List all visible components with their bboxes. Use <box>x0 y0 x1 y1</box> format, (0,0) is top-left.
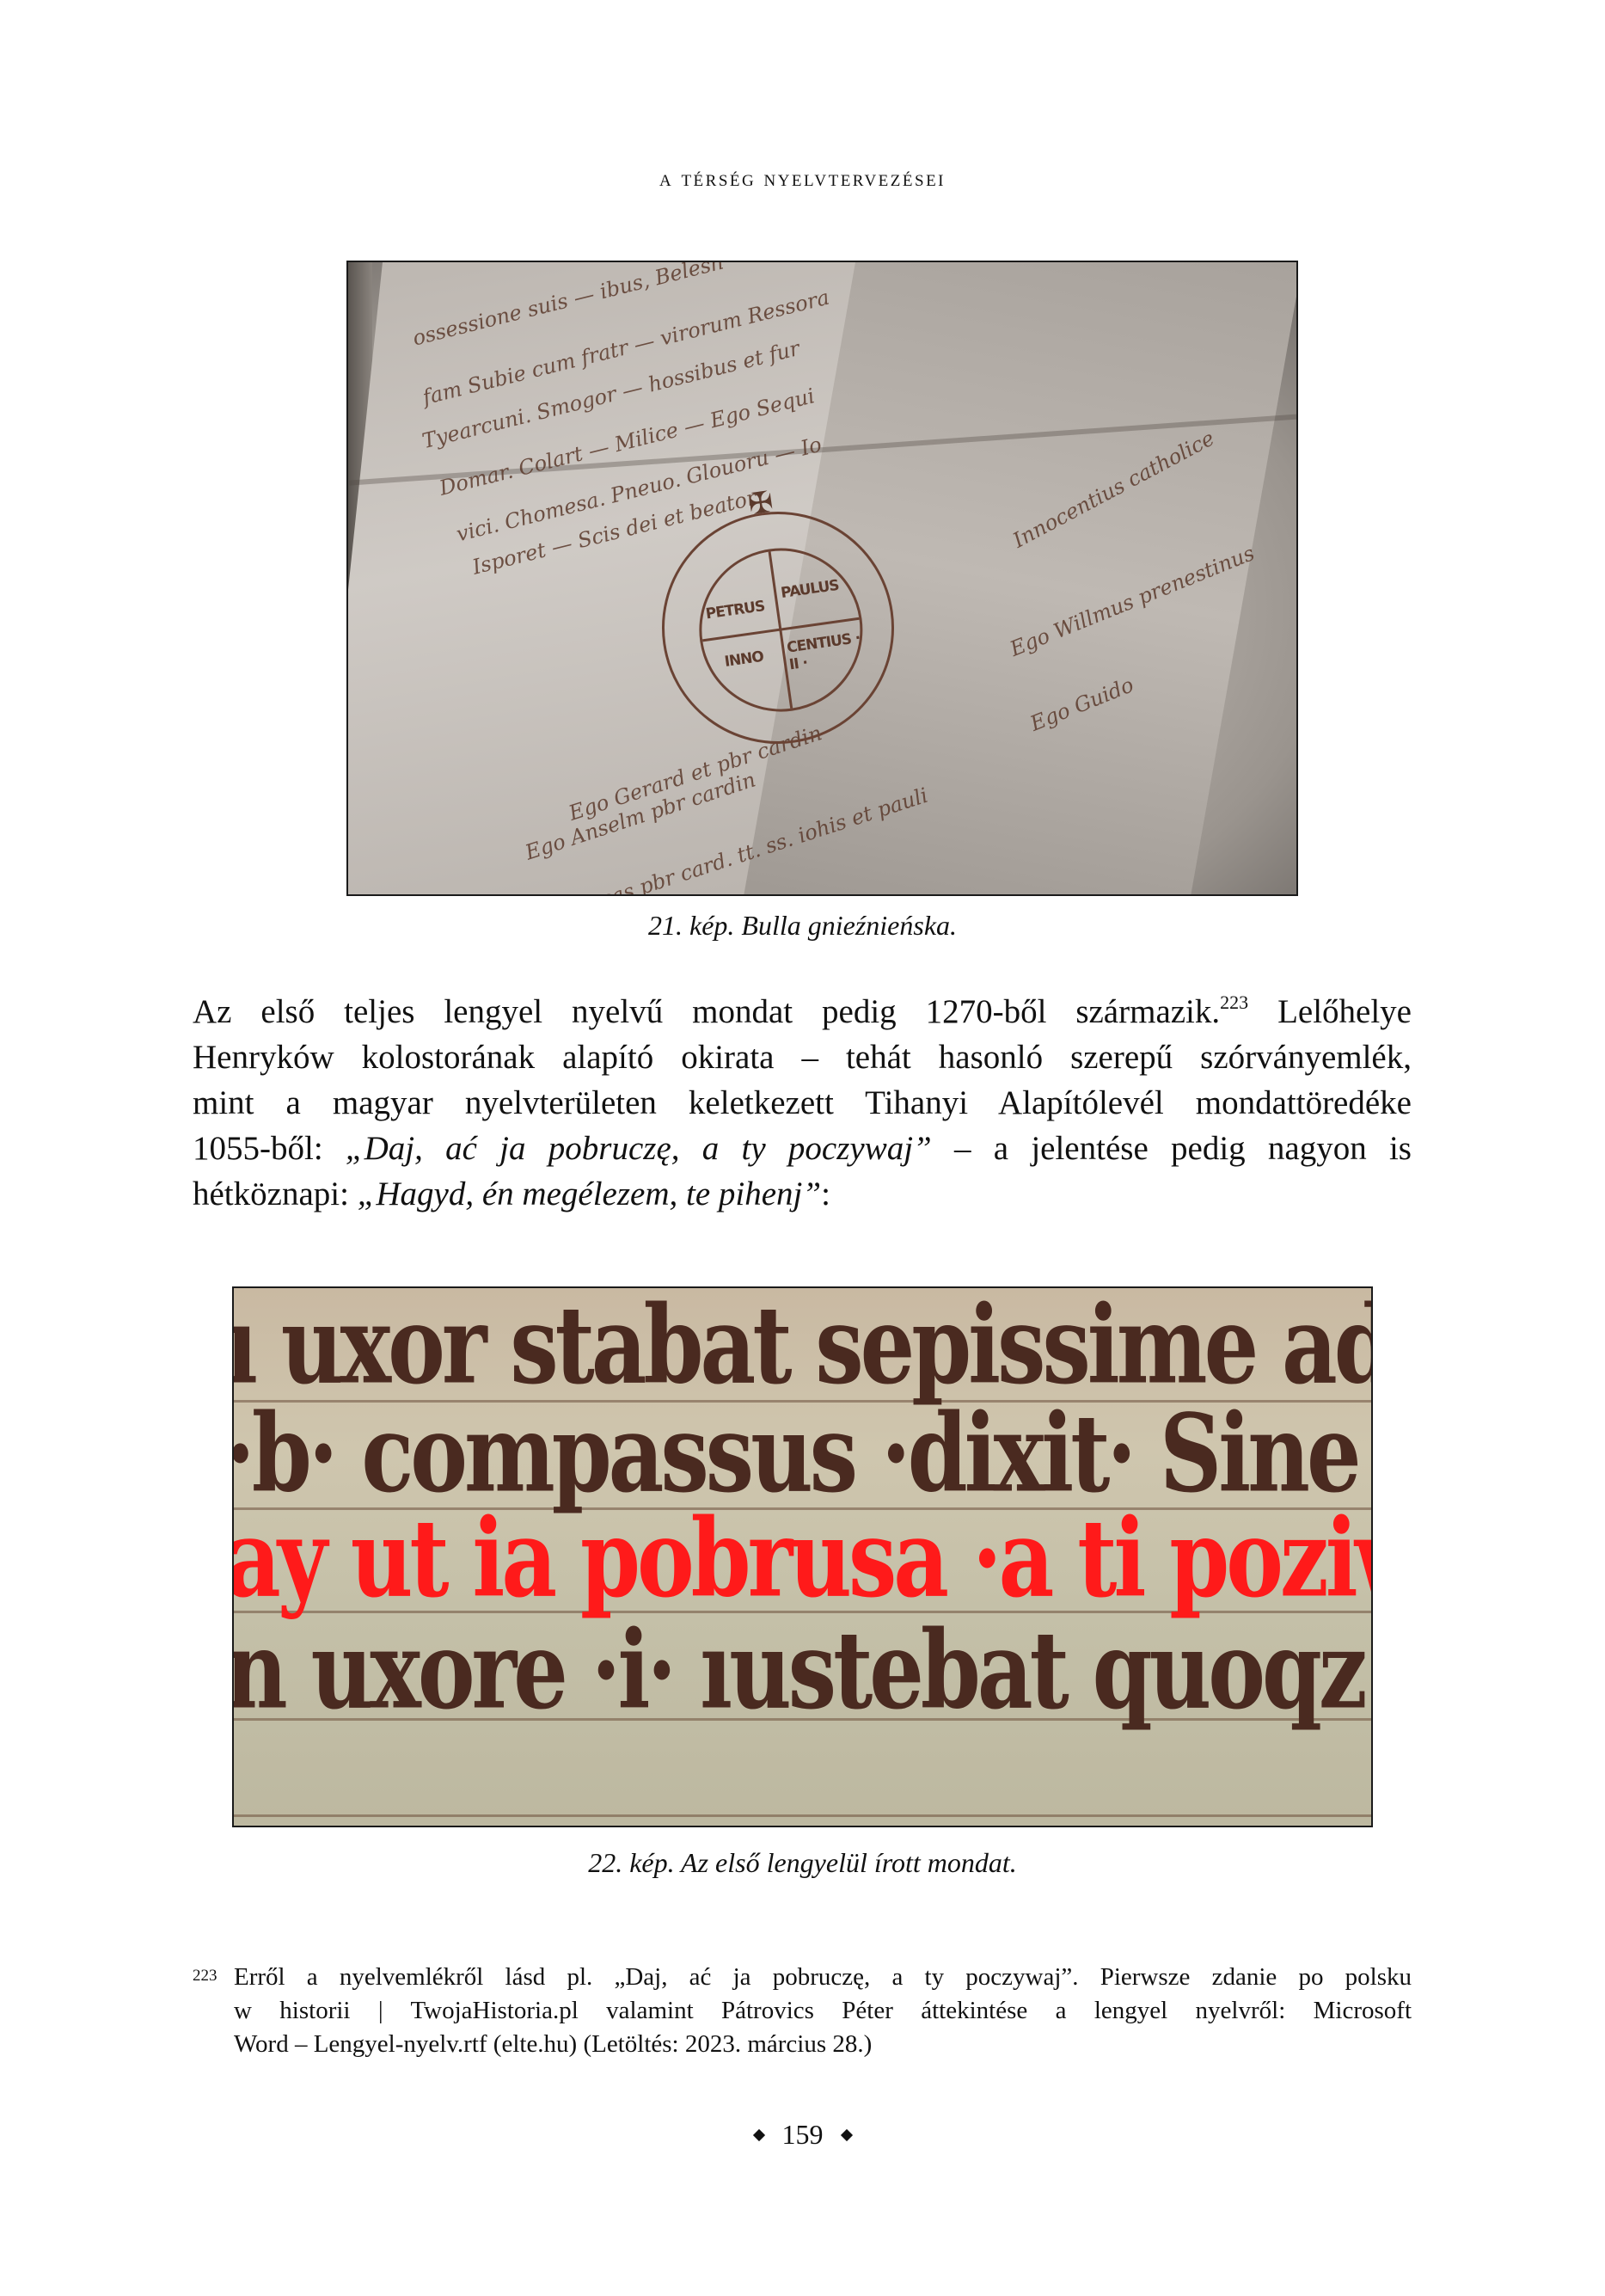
figure-caption: 21. kép. Bulla gnieźnieńska. <box>0 910 1605 942</box>
paragraph-line: Henryków kolostorának alapító okirata – … <box>193 1034 1412 1080</box>
ruling-line <box>234 1814 1373 1817</box>
footnote-line: Erről a nyelvemlékről lásd pl. „Daj, ać … <box>234 1961 1412 1994</box>
figure-caption: 22. kép. Az első lengyelül írott mondat. <box>0 1847 1605 1879</box>
seal-text: CENTIUS · II · <box>786 629 866 674</box>
polish-quote: „Daj, ać ja pobruczę, a ty poczywaj” <box>346 1130 932 1167</box>
running-head: A térség nyelvtervezései <box>0 165 1605 192</box>
paragraph-line: 1055-ből: „Daj, ać ja pobruczę, a ty poc… <box>193 1126 1412 1171</box>
figure-manuscript-closeup: ı uxor stabat sepissime ad mo ·b· compas… <box>232 1286 1373 1827</box>
page-number: 159 <box>0 2119 1605 2151</box>
footnote-line: Word – Lengyel-nyelv.rtf (elte.hu) (Letö… <box>234 2028 1412 2061</box>
footnote: 223 Erről a nyelvemlékről lásd pl. „Daj,… <box>193 1961 1412 2061</box>
body-paragraph: Az első teljes lengyel nyelvű mondat ped… <box>193 989 1412 1217</box>
seal-text: PETRUS <box>705 598 766 623</box>
footnote-line: w historii | TwojaHistoria.pl valamint P… <box>234 1994 1412 2028</box>
figure-bulla-photo: ossessione suis — ibus, Belesh fam Subie… <box>346 261 1298 896</box>
manuscript-line-red-polish-sentence: ay ut ia pobrusa ·a ti poziw <box>232 1495 1373 1622</box>
diamond-bullet-icon <box>840 2129 852 2141</box>
hungarian-translation: „Hagyd, én megélezem, te pihenj” <box>358 1176 821 1212</box>
paragraph-line: Az első teljes lengyel nyelvű mondat ped… <box>193 989 1412 1034</box>
footnote-reference[interactable]: 223 <box>1220 991 1248 1013</box>
paragraph-line: hétköznapi: „Hagyd, én megélezem, te pih… <box>193 1171 1412 1217</box>
seal-text: PAULUS <box>780 577 840 602</box>
paragraph-line: mint a magyar nyelvterületen keletkezett… <box>193 1080 1412 1126</box>
diamond-bullet-icon <box>752 2129 764 2141</box>
seal-text: INNO <box>724 648 765 671</box>
manuscript-line: n uxore ·i· ıustebat quoqz lapid <box>232 1606 1373 1734</box>
cross-icon: ✠ <box>746 485 775 523</box>
footnote-marker: 223 <box>193 1959 217 1992</box>
